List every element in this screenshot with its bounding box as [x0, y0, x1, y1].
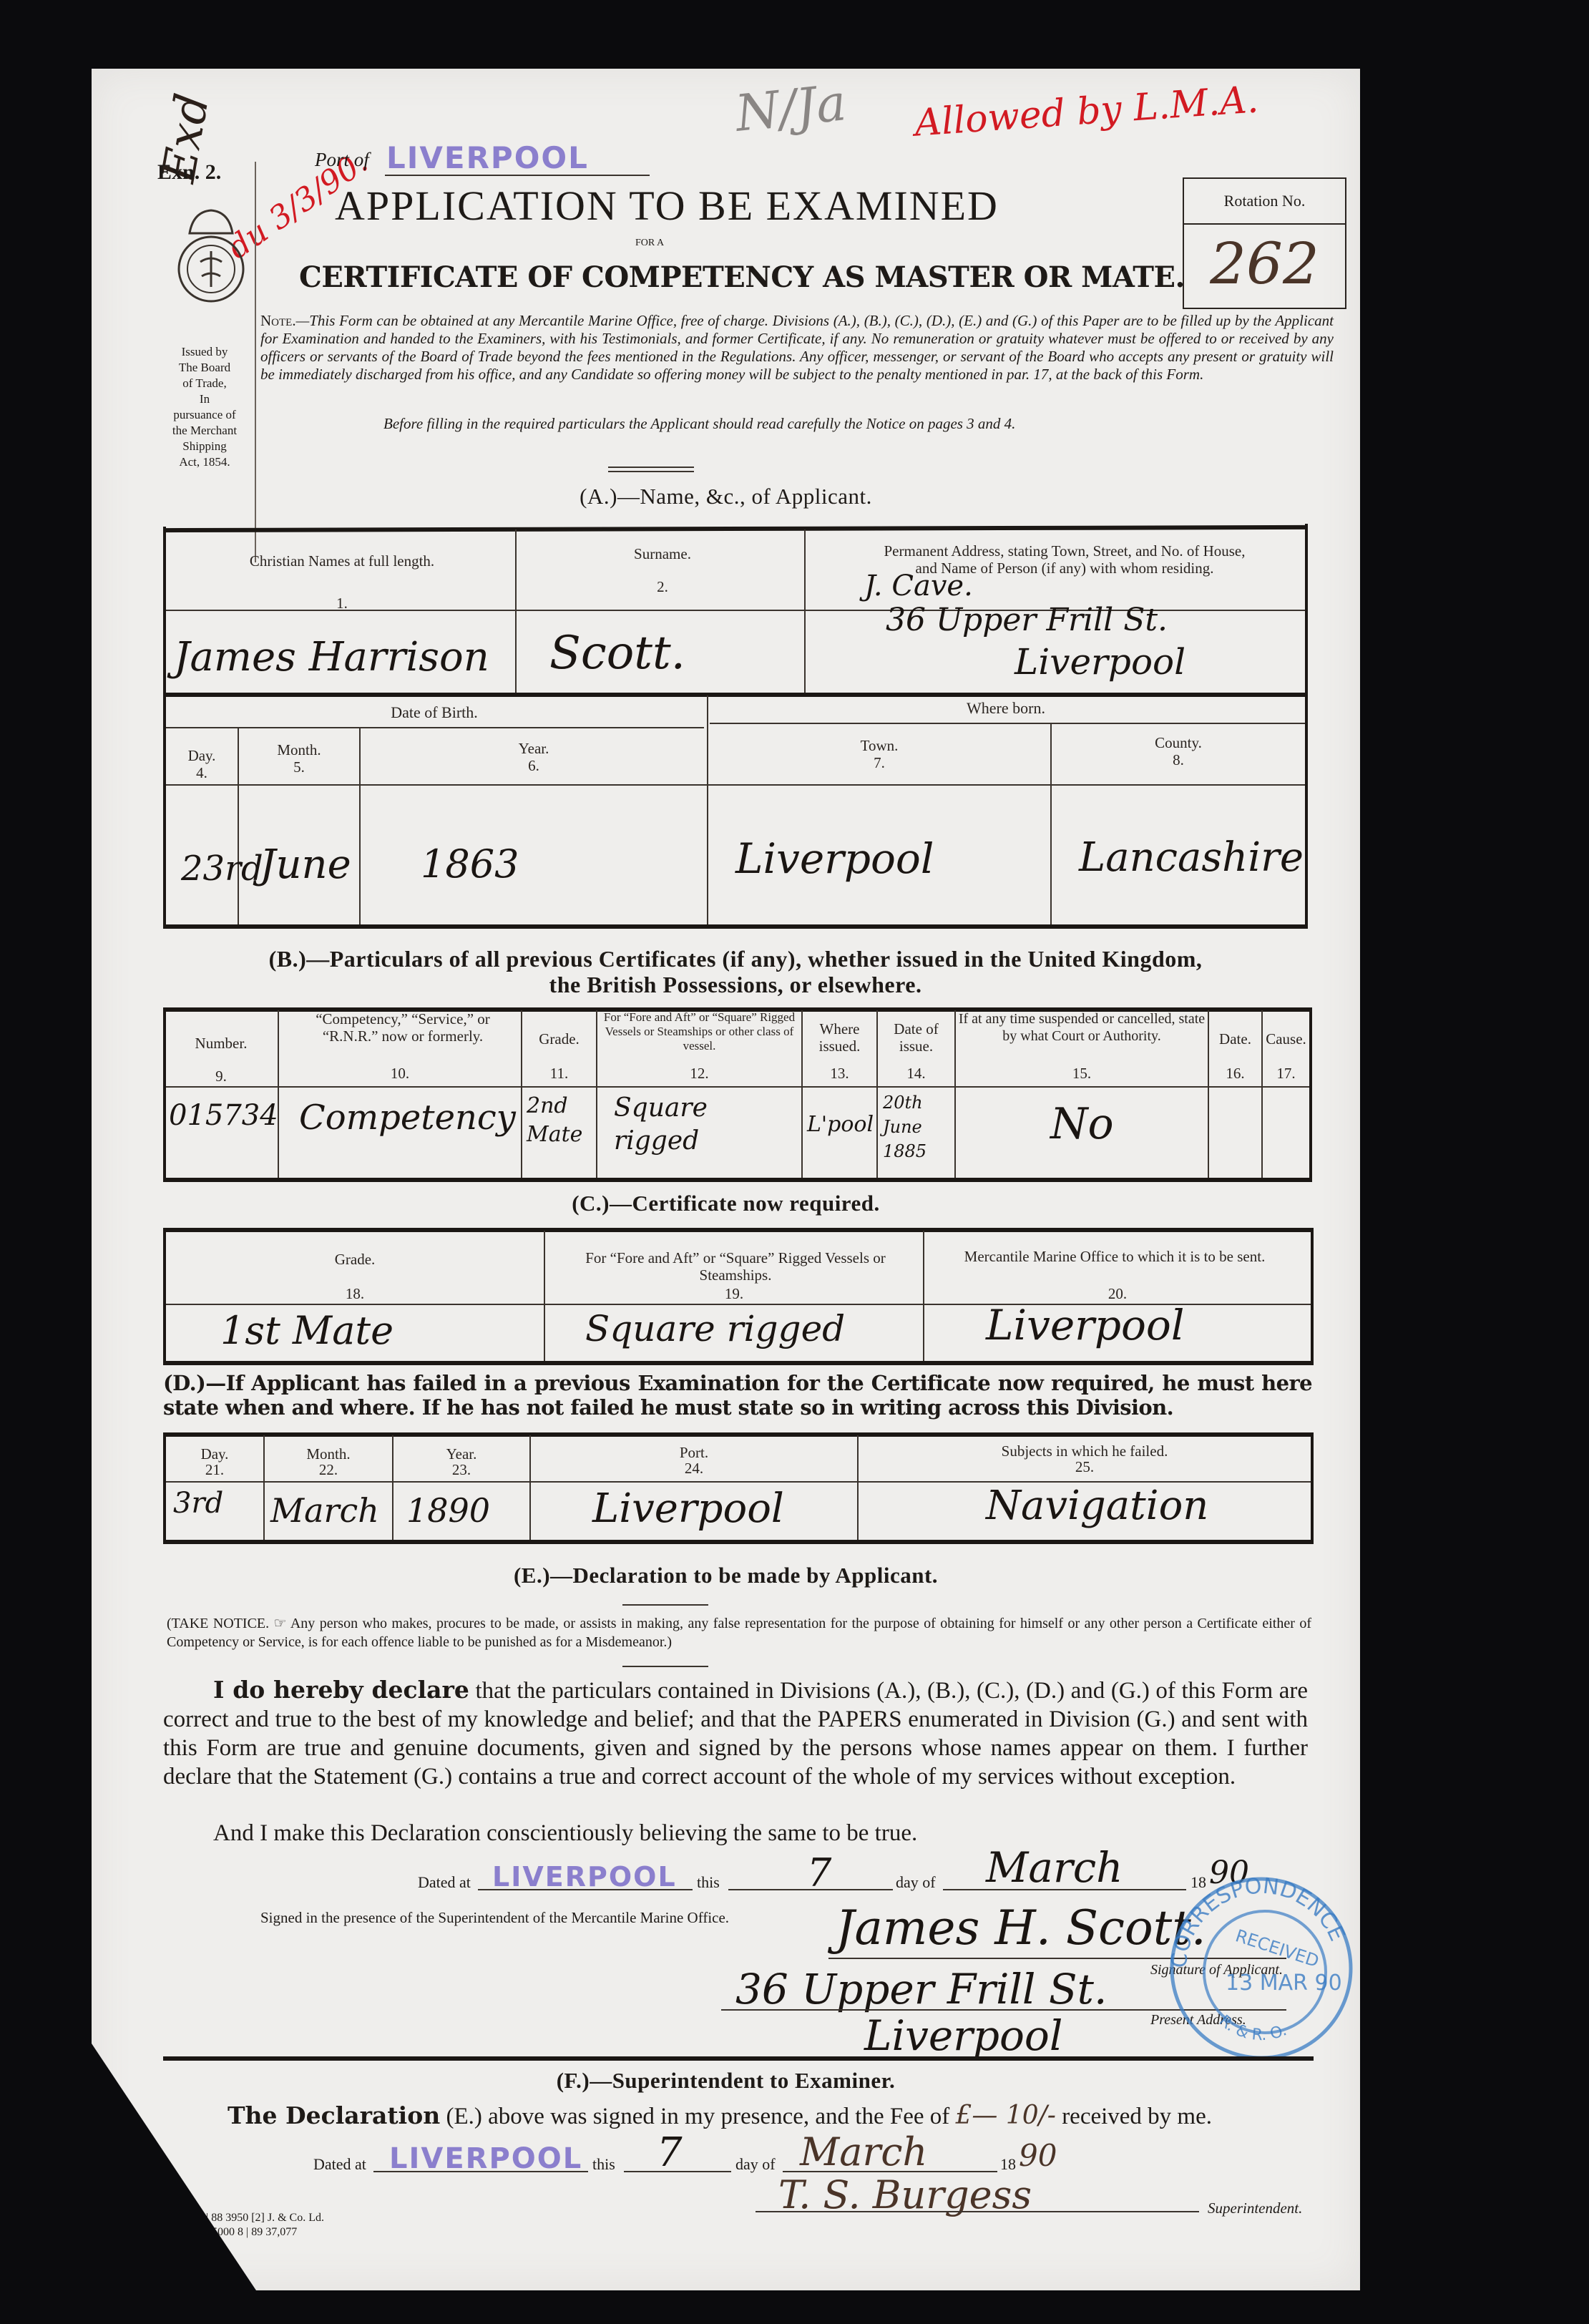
board-of-trade-seal	[172, 205, 250, 312]
fail-day-value: 3rd	[173, 1487, 223, 1520]
section-a-heading: (A.)—Name, &c., of Applicant.	[92, 484, 1360, 509]
col-num: 21.	[166, 1461, 263, 1479]
col-fail-subjects-header: Subjects in which he failed.	[859, 1442, 1311, 1460]
correspondence-received-stamp: CORRESPONDENCE RECEIVED 13 MAR 90 R. & R…	[1165, 1872, 1358, 2065]
col-num: 15.	[956, 1065, 1208, 1083]
col-surname-header: Surname.	[521, 545, 804, 562]
col-christian-names-header: Christian Names at full length.	[169, 552, 515, 570]
address-line-1: J. Cave.	[864, 570, 973, 602]
form-title: APPLICATION TO BE EXAMINED	[335, 182, 999, 230]
col-day-header: Day.	[166, 747, 238, 764]
col-where-issued-header: Where issued.	[803, 1020, 876, 1055]
col-num: 24.	[531, 1460, 857, 1478]
col-vessel-header: For “Fore and Aft” or “Square” Rigged Ve…	[597, 1010, 801, 1053]
signed-presence-note: Signed in the presence of the Superinten…	[260, 1909, 729, 1927]
note-text: —This Form can be obtained at any Mercan…	[260, 312, 1334, 383]
section-c-heading: (C.)—Certificate now required.	[92, 1191, 1360, 1216]
f-dated-at-label: Dated at	[313, 2155, 366, 2174]
declaration-place-stamp: LIVERPOOL	[492, 1861, 677, 1893]
day-of-label: day of	[896, 1873, 936, 1892]
fee-value: £— 10/-	[955, 2101, 1055, 2130]
col-num: 8.	[1052, 751, 1305, 769]
col-grade-header: Grade.	[522, 1030, 596, 1048]
col-month-header: Month.	[239, 741, 359, 758]
stamp-inner-text: RECEIVED	[1233, 1925, 1321, 1971]
col-num: 11.	[522, 1065, 596, 1083]
rotation-label: Rotation No.	[1184, 179, 1345, 225]
col-number-header: Number.	[165, 1035, 278, 1052]
svg-text:R. & R. O.: R. & R. O.	[1216, 2012, 1289, 2045]
prev-cert-date: 20th June 1885	[883, 1090, 952, 1163]
col-date-of-issue-header: Date of issue.	[878, 1020, 954, 1055]
issued-by-line: Shipping	[155, 439, 255, 454]
issued-by-line: In	[155, 391, 255, 407]
printer-imprint: 4 | 88 3950 [2] J. & Co. Ld. 5000 8 | 89…	[197, 2211, 324, 2240]
port-label: Port of	[315, 149, 369, 171]
col-num: 16.	[1209, 1065, 1261, 1083]
dob-header: Date of Birth.	[166, 704, 703, 721]
imprint-line2: 5000 8 | 89 37,077	[197, 2225, 324, 2240]
before-filling-note: Before filling in the required particula…	[383, 415, 1385, 433]
col-num: 19.	[545, 1285, 923, 1303]
form-page: Allowed by L.M.A. N/Ja du 3/3/90. Exd Ex…	[92, 69, 1360, 2290]
col-num: 10.	[279, 1065, 521, 1083]
section-d-heading: (D.)—If Applicant has failed in a previo…	[163, 1371, 1312, 1420]
where-born-header: Where born.	[707, 700, 1305, 717]
applicant-signature: James H. Scott.	[836, 1900, 1206, 1956]
form-subtitle: CERTIFICATE OF COMPETENCY AS MASTER OR M…	[299, 260, 1185, 294]
col-fail-port-header: Port.	[531, 1444, 857, 1461]
rotation-box: Rotation No. 262	[1183, 177, 1346, 309]
dated-at-label: Dated at	[418, 1873, 471, 1892]
declaration-paragraph: I do hereby declare that the particulars…	[163, 1676, 1308, 1791]
prev-cert-number: 015734	[169, 1099, 278, 1132]
col-fail-month-header: Month.	[265, 1445, 392, 1463]
f-year-prefix: 18	[1000, 2155, 1016, 2174]
surname-value: Scott.	[549, 627, 685, 680]
declaration-day-value: 7	[807, 1850, 831, 1895]
col-num: 4.	[166, 764, 238, 782]
fail-subjects-value: Navigation	[986, 1483, 1208, 1529]
required-vessel-value: Square rigged	[585, 1308, 845, 1349]
f-day-of-label: day of	[735, 2155, 776, 2174]
col-num: 13.	[803, 1065, 876, 1083]
prev-cert-vessel: Square rigged	[614, 1092, 793, 1158]
stamp-bottom-text: R. & R. O.	[1216, 2012, 1289, 2045]
rotation-number: 262	[1184, 225, 1345, 303]
col-county-header: County.	[1052, 734, 1305, 751]
fail-port-value: Liverpool	[592, 1485, 784, 1532]
col-fail-day-header: Day.	[166, 1445, 263, 1463]
col-num: 14.	[878, 1065, 954, 1083]
address-line-2: 36 Upper Frill St.	[886, 602, 1168, 638]
fail-month-value: March	[270, 1491, 379, 1530]
issued-by-line: pursuance of	[155, 407, 255, 423]
prev-cert-where: L'pool	[807, 1112, 874, 1137]
required-grade-value: 1st Mate	[220, 1308, 393, 1353]
address-line-3: Liverpool	[1014, 641, 1185, 683]
red-margin-mark	[1372, 1289, 1402, 1312]
section-f-lead: The Declaration	[228, 2101, 440, 2129]
prev-cert-grade: 2nd Mate	[527, 1092, 595, 1149]
col-num: 12.	[597, 1065, 801, 1083]
f-place-stamp: LIVERPOOL	[389, 2142, 582, 2175]
section-f-heading: (F.)—Superintendent to Examiner.	[92, 2068, 1360, 2094]
stamp-date: 13 MAR 90	[1226, 1971, 1342, 1996]
f-day-value: 7	[657, 2129, 683, 2176]
this-label: this	[697, 1873, 720, 1892]
birth-town-value: Liverpool	[735, 834, 934, 883]
col-num: 7.	[708, 754, 1050, 772]
prev-cert-type: Competency	[299, 1098, 516, 1138]
fail-year-value: 1890	[406, 1491, 490, 1530]
present-address-line2: Liverpool	[864, 2011, 1062, 2060]
declaration-month-value: March	[986, 1843, 1123, 1892]
for-a-label: FOR A	[635, 238, 664, 249]
conscientious-line: And I make this Declaration conscientiou…	[213, 1819, 917, 1847]
col-fail-year-header: Year.	[393, 1445, 529, 1463]
col-cert-type-header: “Competency,” “Service,” or “R.N.R.” now…	[306, 1010, 499, 1045]
birth-day-value: 23rd	[181, 849, 263, 889]
col-grade-required-header: Grade.	[166, 1251, 544, 1268]
col-num: 9.	[165, 1068, 278, 1085]
col-num: 25.	[859, 1458, 1311, 1476]
declaration-lead: I do hereby declare	[213, 1676, 469, 1704]
col-num: 5.	[239, 758, 359, 776]
section-b-heading: (B.)—Particulars of all previous Certifi…	[163, 946, 1308, 997]
section-f-text-end: received by me.	[1056, 2104, 1212, 2129]
christian-names-value: James Harrison	[174, 634, 489, 680]
superintendent-label: Superintendent.	[1208, 2199, 1302, 2217]
required-office-value: Liverpool	[986, 1301, 1184, 1349]
red-annotation-allowed: Allowed by L.M.A.	[913, 78, 1259, 145]
birth-month-value: June	[260, 841, 351, 888]
col-cause-header: Cause.	[1263, 1030, 1309, 1048]
issued-by-line: Act, 1854.	[155, 454, 255, 470]
f-this-label: this	[592, 2155, 615, 2174]
col-office-header: Mercantile Marine Office to which it is …	[950, 1248, 1279, 1265]
birth-county-value: Lancashire	[1079, 834, 1304, 881]
col-date-header: Date.	[1209, 1030, 1261, 1048]
col-num: 6.	[361, 757, 707, 775]
section-b-heading-line1: (B.)—Particulars of all previous Certifi…	[163, 946, 1308, 972]
issued-by-line: the Merchant	[155, 423, 255, 439]
note-lead: Note.	[260, 312, 296, 329]
col-town-header: Town.	[708, 737, 1050, 754]
pencil-annotation: N/Ja	[733, 73, 849, 143]
col-num: 18.	[166, 1285, 544, 1303]
note-paragraph: Note.—This Form can be obtained at any M…	[260, 312, 1334, 384]
imprint-line1: 4 | 88 3950 [2] J. & Co. Ld.	[197, 2211, 324, 2225]
present-address-line1: 36 Upper Frill St.	[735, 1965, 1107, 2013]
f-month-value: March	[800, 2129, 927, 2174]
prev-cert-suspended: No	[1050, 1099, 1114, 1149]
section-f-statement: The Declaration (E.) above was signed in…	[228, 2101, 1344, 2130]
section-b-heading-line2: the British Possessions, or elsewhere.	[163, 972, 1308, 997]
section-f-text: (E.) above was signed in my presence, an…	[440, 2104, 955, 2129]
port-stamp: LIVERPOOL	[386, 140, 589, 175]
f-year-value: 90	[1019, 2138, 1057, 2173]
issued-by-line: Issued by	[155, 344, 255, 360]
form-code: Exn. 2.	[157, 160, 221, 185]
col-year-header: Year.	[361, 740, 707, 757]
section-e-heading: (E.)—Declaration to be made by Applicant…	[92, 1563, 1360, 1588]
col-num: 23.	[393, 1461, 529, 1479]
col-suspended-header: If at any time suspended or cancelled, s…	[956, 1010, 1208, 1045]
col-num: 22.	[265, 1461, 392, 1479]
col-num: 17.	[1263, 1065, 1309, 1083]
col-num: 2.	[521, 578, 804, 596]
birth-year-value: 1863	[421, 841, 519, 887]
take-notice: (TAKE NOTICE. ☞ Any person who makes, pr…	[167, 1614, 1311, 1651]
issued-by-block: Issued by The Board of Trade, In pursuan…	[155, 344, 255, 470]
col-vessel-required-header: For “Fore and Aft” or “Square” Rigged Ve…	[578, 1249, 893, 1284]
issued-by-line: The Board	[155, 360, 255, 376]
issued-by-line: of Trade,	[155, 376, 255, 391]
